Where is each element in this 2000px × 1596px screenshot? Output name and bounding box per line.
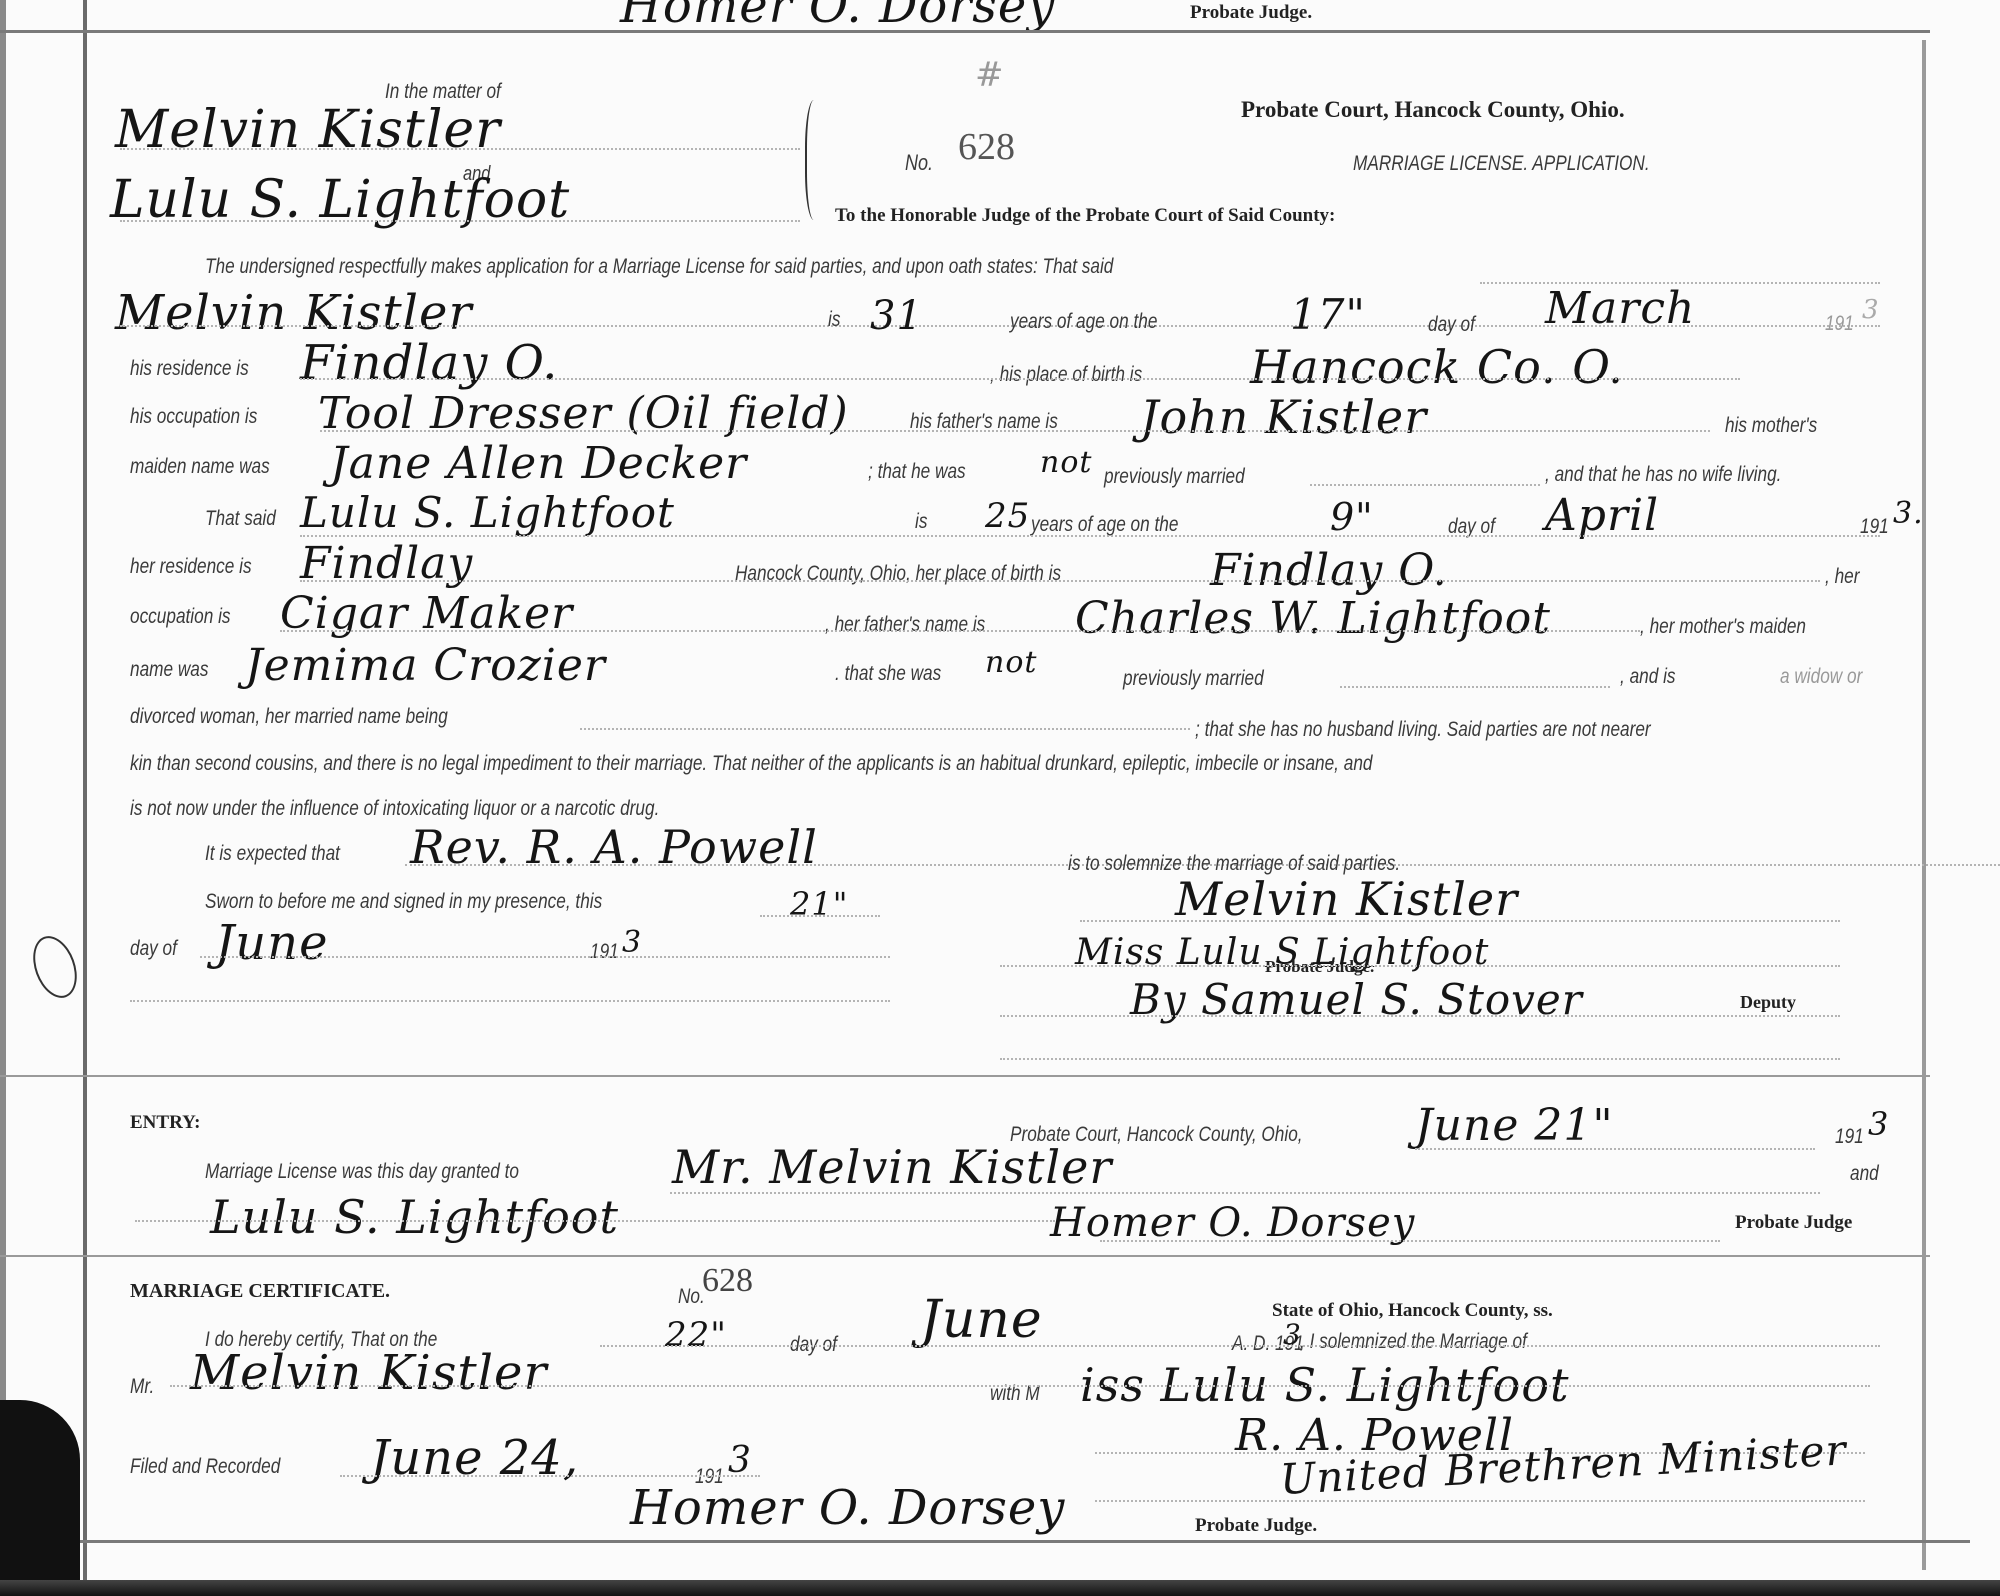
- state-label: State of Ohio, Hancock County, ss.: [1272, 1300, 1553, 1322]
- bride-birth-year: 3.: [1893, 496, 1924, 531]
- groom-father: John Kistler: [1140, 390, 1427, 444]
- filed-date: June 24,: [370, 1430, 579, 1486]
- certificate-day: 22": [665, 1315, 727, 1355]
- entry-judge-label: Probate Judge: [1735, 1212, 1852, 1234]
- bride-birthplace: Findlay O.: [1210, 545, 1448, 596]
- certificate-month: June: [920, 1290, 1043, 1350]
- margin-check-mark: [25, 930, 84, 1004]
- bride-birth-day: 9": [1330, 495, 1374, 539]
- deputy-label: Deputy: [1740, 992, 1796, 1013]
- groom-birth-month: March: [1545, 283, 1695, 334]
- section-divider-certificate: [0, 1255, 1930, 1257]
- margin-rule: [83, 0, 87, 1596]
- certificate-judge-label: Probate Judge.: [1195, 1515, 1317, 1537]
- marriage-record-page: Homer O. Dorsey Probate Judge. In the ma…: [0, 0, 2000, 1596]
- court-title: Probate Court, Hancock County, Ohio.: [1241, 97, 1625, 123]
- hash-mark: #: [975, 55, 1005, 95]
- section-divider-entry: [0, 1075, 1930, 1077]
- bride-previously-married: not: [985, 645, 1037, 680]
- groom-residence: Findlay O.: [300, 335, 558, 391]
- application-number: 628: [958, 125, 1015, 169]
- entry-year: 3: [1868, 1105, 1889, 1143]
- bride-father: Charles W. Lightfoot: [1075, 593, 1551, 644]
- matter-groom-name: Melvin Kistler: [115, 100, 501, 160]
- entry-bride: Lulu S. Lightfoot: [210, 1190, 619, 1244]
- form-title: MARRIAGE LICENSE. APPLICATION.: [1353, 152, 1650, 176]
- groom-age: 31: [870, 293, 923, 339]
- previous-judge-label: Probate Judge.: [1190, 2, 1312, 24]
- groom-birth-year: 3: [1862, 295, 1880, 325]
- groom-name: Melvin Kistler: [115, 285, 472, 341]
- bride-mother-maiden: Jemima Crozier: [245, 640, 606, 691]
- struck-probate-judge-label: Probate Judge.: [1265, 957, 1374, 977]
- certificate-groom: Melvin Kistler: [190, 1345, 547, 1401]
- scan-bottom-edge: [0, 1580, 2000, 1596]
- section-divider-top: [0, 30, 1930, 33]
- groom-mother-maiden: Jane Allen Decker: [330, 438, 747, 489]
- groom-signature: Melvin Kistler: [1175, 872, 1518, 926]
- bride-birth-month: April: [1545, 490, 1659, 541]
- certificate-heading: MARRIAGE CERTIFICATE.: [130, 1280, 390, 1303]
- address-line: To the Honorable Judge of the Probate Co…: [835, 205, 1335, 227]
- section-divider-bottom: [0, 1540, 1970, 1543]
- intro-text: The undersigned respectfully makes appli…: [205, 255, 1113, 279]
- entry-heading: ENTRY:: [130, 1112, 200, 1134]
- previous-judge-signature: Homer O. Dorsey: [620, 0, 1055, 34]
- page-right-rule: [1922, 40, 1926, 1570]
- scan-thumb-shadow: [0, 1400, 80, 1596]
- entry-groom: Mr. Melvin Kistler: [672, 1140, 1112, 1194]
- certificate-number: 628: [702, 1262, 753, 1300]
- number-label: No.: [905, 150, 933, 176]
- page-left-edge: [0, 0, 6, 1596]
- kin-text: kin than second cousins, and there is no…: [130, 752, 1372, 776]
- sworn-month: June: [215, 915, 328, 971]
- bride-age: 25: [985, 496, 1030, 536]
- sworn-year: 3: [622, 925, 642, 960]
- groom-birthplace: Hancock Co. O.: [1250, 340, 1624, 394]
- entry-date: June 21": [1415, 1100, 1614, 1151]
- bride-name: Lulu S. Lightfoot: [300, 488, 675, 537]
- influence-text: is not now under the influence of intoxi…: [130, 797, 659, 821]
- groom-previously-married: not: [1040, 445, 1092, 480]
- sworn-day: 21": [790, 885, 848, 923]
- groom-birth-day: 17": [1290, 290, 1366, 339]
- certificate-judge-signature: Homer O. Dorsey: [630, 1480, 1065, 1536]
- bracket: [805, 100, 827, 220]
